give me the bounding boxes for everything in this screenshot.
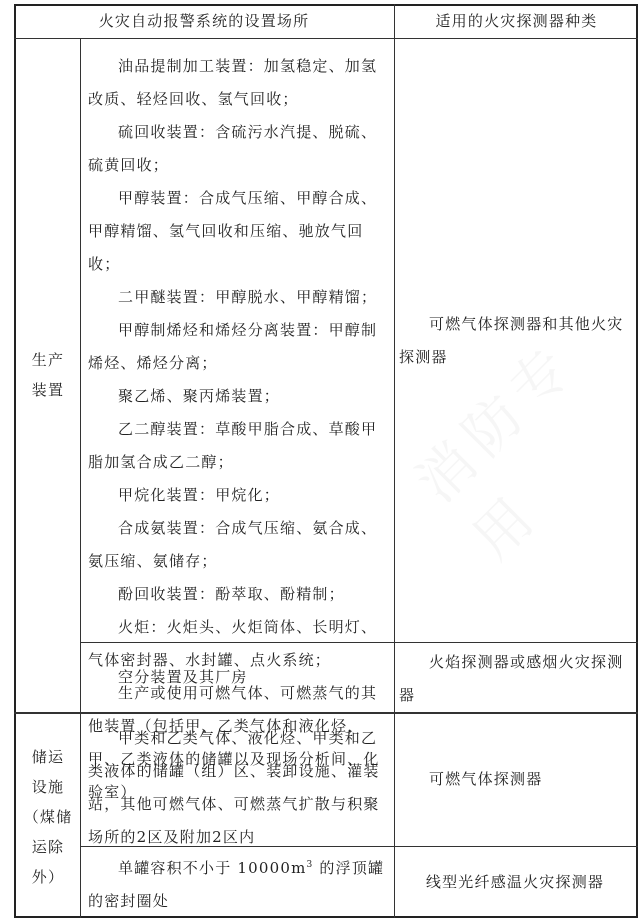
- detector-air-separation: 火焰探测器或感烟火灾探测器: [399, 646, 631, 712]
- category-production: 生产 装置: [16, 345, 80, 405]
- header-divider: [14, 38, 638, 39]
- location-item: 合成氨装置：合成气压缩、氨合成、氨压缩、氨储存；: [88, 512, 388, 578]
- category-storage: 储运 设施 （煤储 运除 外）: [16, 742, 80, 892]
- location-item: 油品提制加工装置：加氢稳定、加氢改质、轻烃回收、氢气回收；: [88, 50, 388, 116]
- location-item: 酚回收装置：酚萃取、酚精制；: [88, 578, 388, 611]
- location-storage-tanks: 甲类和乙类气体、液化烃、甲类和乙类液体的储罐（组）区、装卸设施、灌装站，其他可燃…: [88, 722, 388, 854]
- location-item: 聚乙烯、聚丙烯装置；: [88, 380, 388, 413]
- category-divider: [80, 38, 81, 918]
- category-line: 储运: [16, 742, 80, 772]
- category-line: 生产: [16, 345, 80, 375]
- category-line: 装置: [16, 375, 80, 405]
- location-item: 甲醇装置：合成气压缩、甲醇合成、甲醇精馏、氢气回收和压缩、驰放气回收；: [88, 182, 388, 281]
- location-air-separation: 空分装置及其厂房: [88, 643, 388, 712]
- category-line: 设施: [16, 772, 80, 802]
- column-divider: [394, 4, 395, 918]
- location-item: 乙二醇装置：草酸甲脂合成、草酸甲脂加氢合成乙二醇；: [88, 413, 388, 479]
- category-line: （煤储: [16, 802, 80, 832]
- detector-floating-roof-tank: 线型光纤感温火灾探测器: [399, 847, 631, 917]
- location-item: 硫回收装置：含硫污水汽提、脱硫、硫黄回收；: [88, 116, 388, 182]
- detector-production: 可燃气体探测器和其他火灾探测器: [399, 308, 631, 374]
- header-location: 火灾自动报警系统的设置场所: [14, 4, 394, 38]
- header-detector: 适用的火灾探测器种类: [395, 4, 638, 38]
- location-item: 甲醇制烯烃和烯烃分离装置：甲醇制烯烃、烯烃分离；: [88, 314, 388, 380]
- location-item: 甲烷化装置：甲烷化；: [88, 479, 388, 512]
- category-line: 外）: [16, 862, 80, 892]
- detector-storage-tanks: 可燃气体探测器: [399, 713, 631, 846]
- location-item: 二甲醚装置：甲醇脱水、甲醇精馏；: [88, 281, 388, 314]
- location-floating-roof-tank: 单罐容积不小于 10000m3 的浮顶罐的密封圈处: [88, 852, 388, 918]
- text: 单罐容积不小于 10000m: [118, 859, 307, 877]
- category-line: 运除: [16, 832, 80, 862]
